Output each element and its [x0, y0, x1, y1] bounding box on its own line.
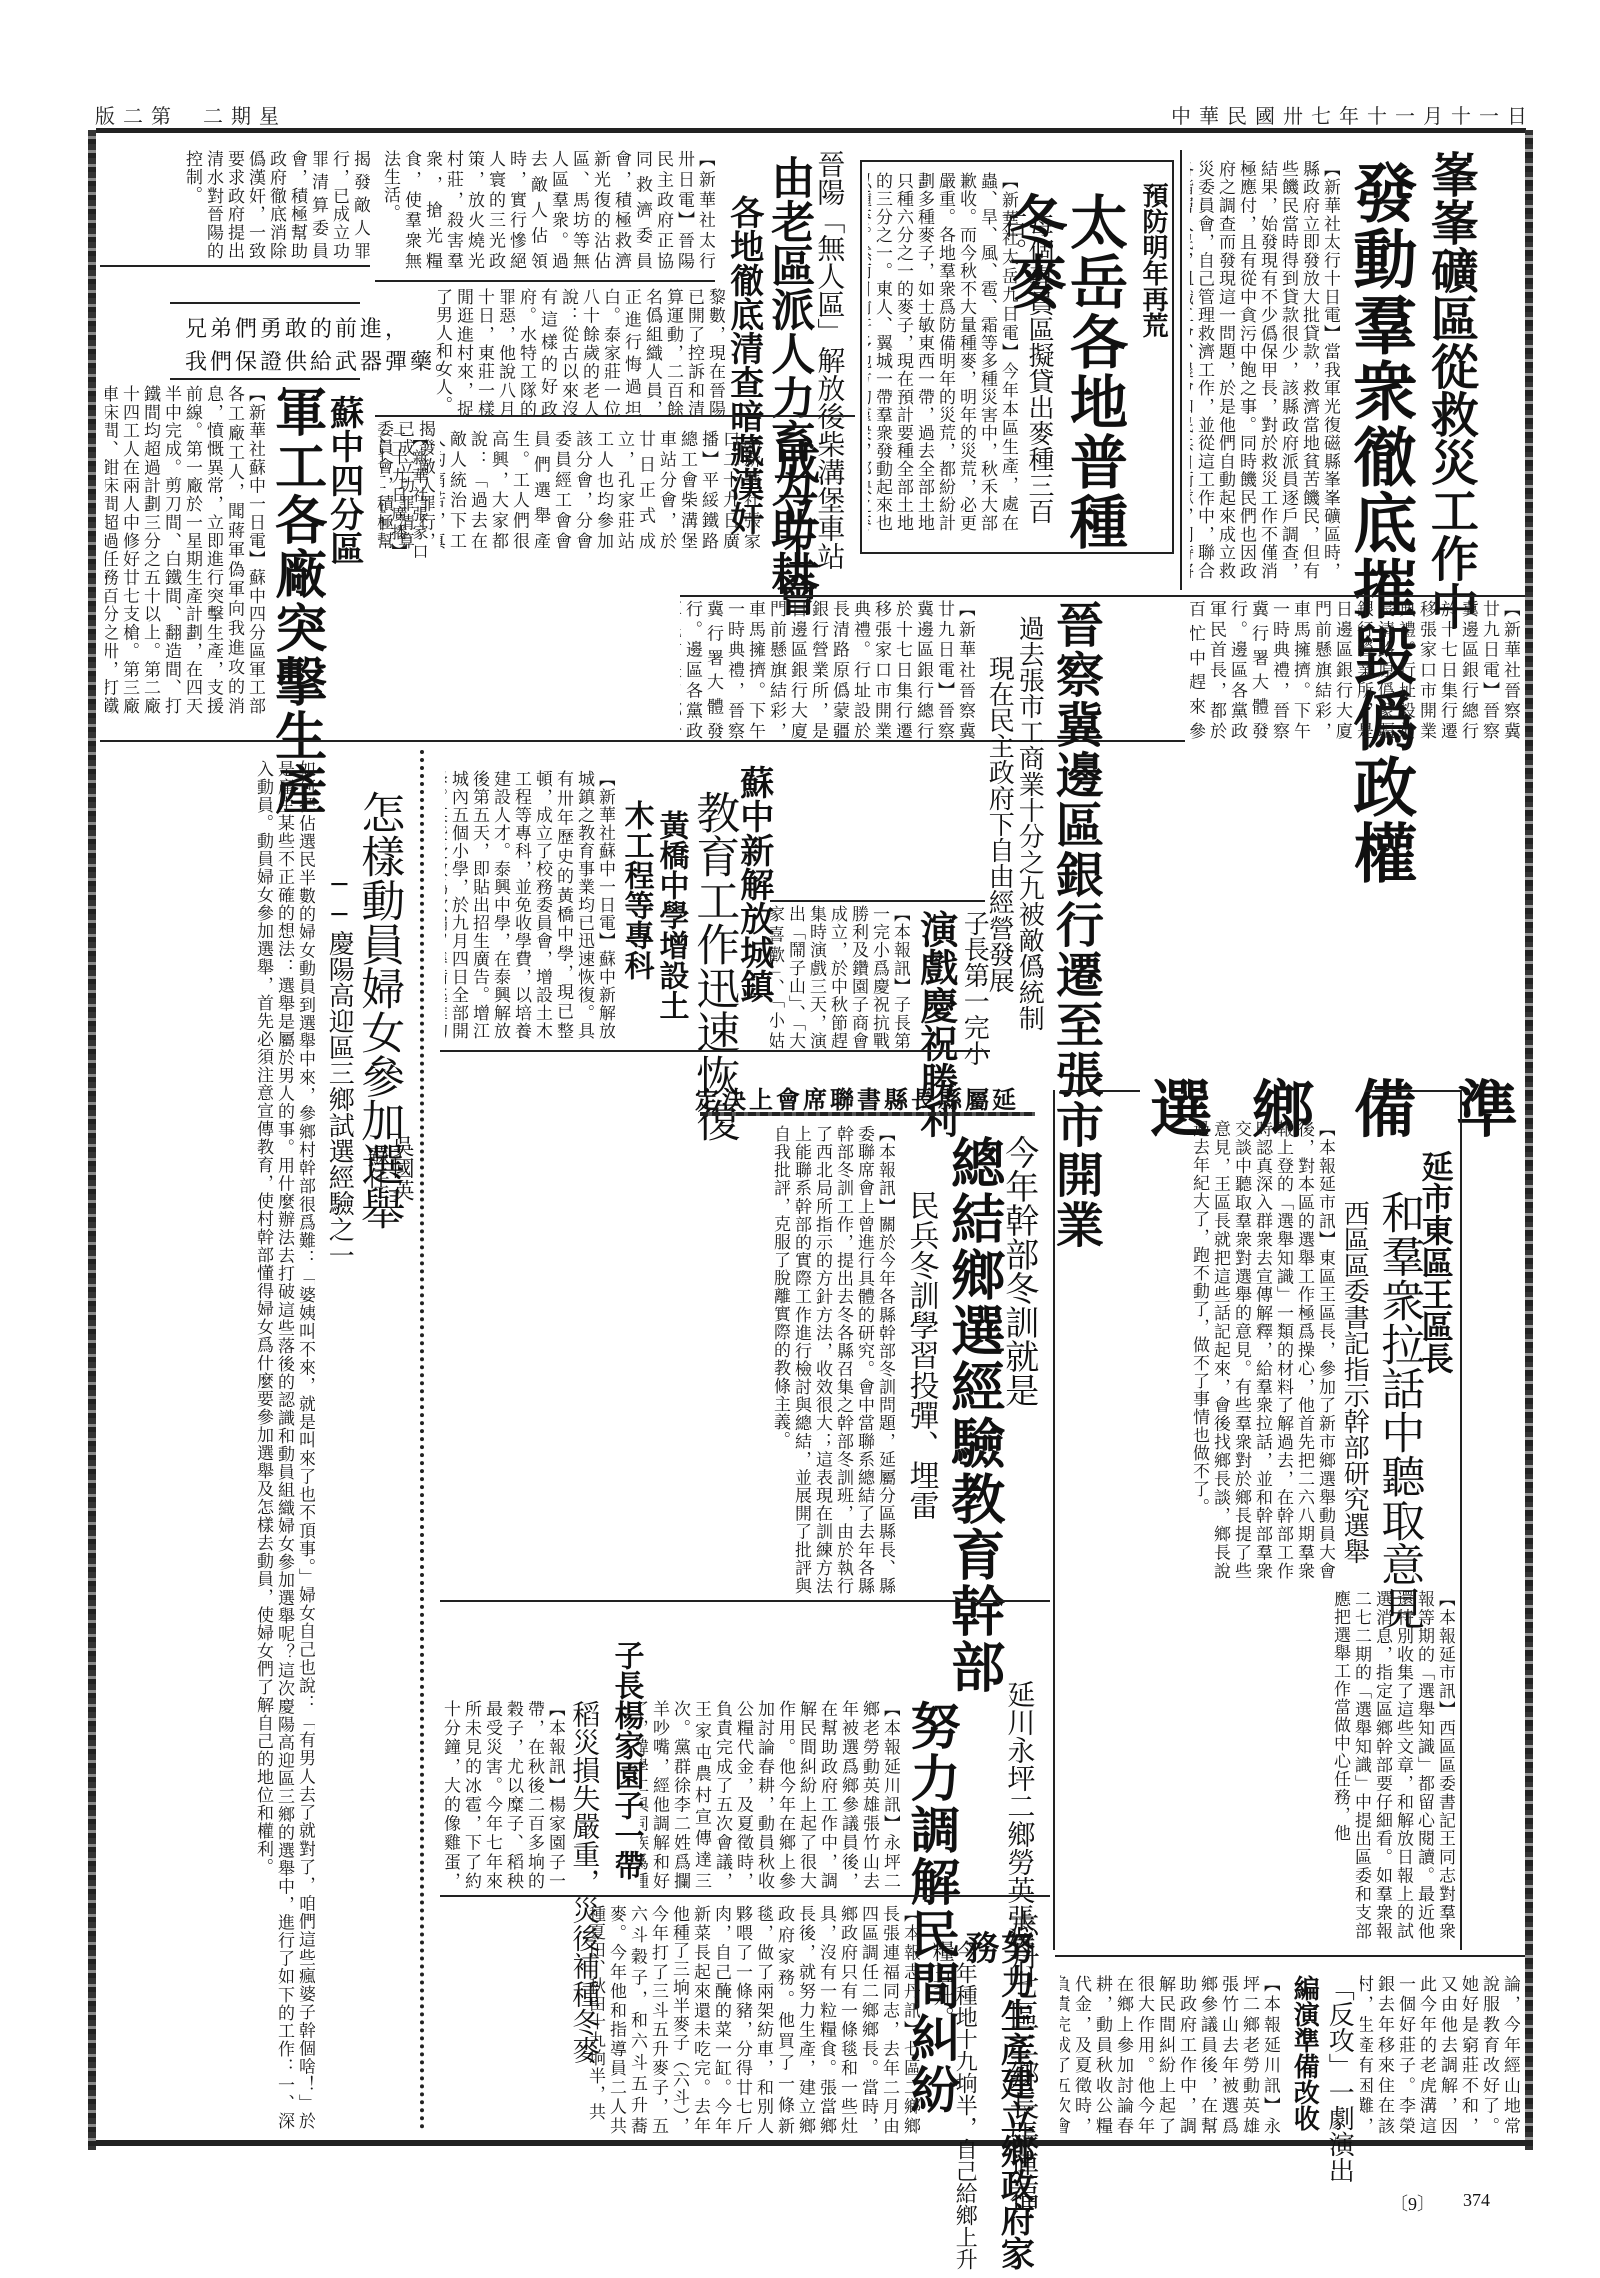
- article-headline: 編演準備改收: [1290, 1975, 1317, 2131]
- slogan-rule-top: [170, 302, 360, 304]
- issue-number: 〔9〕: [1390, 2190, 1435, 2216]
- article-body: 【本報延川訊】永坪二鄉老勞動英雄張竹山去年被選爲鄉參議員後，在幫助政府工作中，調…: [640, 1700, 900, 1890]
- divider: [1055, 1955, 1525, 1957]
- slogan-line-1: 兄弟們勇敢的前進，: [185, 312, 410, 343]
- article-body: 【本報訊】楊家園子一帶，在秋後二百多垧的穀子，尤以糜子、稻秧最受災害。今年七年來…: [440, 1700, 565, 1890]
- slogan-line-2: 我們保證供給武器彈藥。: [185, 345, 460, 376]
- article-subhead-1: 黃橋中學增設土: [655, 810, 687, 1020]
- masthead: 版二第 二期星 中華民國卅七年十一月十一日: [95, 96, 1535, 132]
- deck-underline: [700, 1112, 1035, 1116]
- article-kicker: 峯峯礦區從救災工作中: [1425, 150, 1475, 630]
- dotted-column-divider: [420, 750, 424, 2130]
- article-subhead: 民兵冬訓學習投彈、埋雷: [905, 1190, 937, 1520]
- article-headline: 軍工各廠突擊生產: [268, 385, 323, 817]
- article-body: 如何把佔選民半數的婦女動員到選舉中來，參鄉村幹部很爲難：「婆姨叫不來，就是叫來了…: [105, 760, 315, 2130]
- article-kicker: 「反攻」一劇演出: [1325, 1975, 1352, 2183]
- divider: [100, 265, 370, 267]
- article-body-top: 【新華社太行卅日電】晉陽民主政府正協同救濟委員會，積極救濟新光復的沾佔區、馬坊等…: [375, 150, 715, 270]
- article-body: 【新華社蘇中一日電】蘇中四分區軍工部各工廠工人，聞蔣軍偽軍向我進攻的消息，憤慨異…: [105, 385, 265, 715]
- article-kicker: 晉陽「無人區」解放後: [815, 150, 844, 430]
- article-body: 【新華社太行十日電】當我軍光復磁縣峯峯礦區時，縣政府立即發放大批貸款，救濟當地貧…: [1190, 160, 1340, 580]
- bottom-border: [96, 2140, 1526, 2146]
- divider: [440, 1050, 990, 1052]
- article-deck: 延屬縣長縣書聯席會上決定: [695, 1080, 1019, 1115]
- divider: [770, 900, 985, 902]
- article-body: 【本報延市訊】東區王區長，參加了新市鄉選舉動員大會後，對本區的選舉工作極爲操心，…: [1065, 1120, 1335, 1580]
- article-jinyang-continued: 揭發敵人罪行，已成立功罪清算委員會，積極幫助政府徹底消除僞漢奸，一致要求政府提出…: [100, 150, 370, 260]
- divider: [680, 595, 1185, 597]
- article-kicker: 子長楊家園子一帶: [610, 1640, 642, 1880]
- article-kicker: 蘇中四分區: [325, 395, 361, 565]
- article-headline: 發動羣衆徹底摧毀僞政權: [1345, 160, 1412, 886]
- article-subhead: ──慶陽高迎區三鄉試選經驗之一: [325, 870, 352, 1268]
- slogan-rule-bottom: [170, 378, 360, 380]
- article-headline: 總結鄉選經驗教育幹部: [945, 1135, 1002, 1695]
- top-border: [96, 128, 1526, 133]
- divider: [375, 415, 855, 417]
- divider: [375, 280, 715, 282]
- article-subhead-1: 過去張市工商業十分之九被敵僞統制: [1015, 615, 1042, 1031]
- article-body: 【本報訊】關於今年各縣幹部冬訓問題，延屬分區縣長、縣委聯席會上曾進行具體的研究。…: [440, 1125, 895, 1595]
- divider: [1185, 595, 1525, 597]
- article-kicker: 蘇中新解放城鎮: [735, 765, 771, 1003]
- article-body: 【新華社晉察冀廿九日電】晉察冀邊區銀行總行於十七日集行遷移張家口市開業典禮。行址…: [680, 600, 975, 740]
- article-body-continued: 【本報延川訊】永坪二鄉老勞動英雄張竹山去年被選爲鄉參議員後，在幫助政府工作中，調…: [1060, 1975, 1280, 2135]
- article-headline: 成立工會: [770, 440, 816, 616]
- weekday-label: 二期星: [203, 100, 287, 129]
- article-taiyue-winter-wheat: 預防明年再荒 太岳各地普種冬麥 每個專員區擬貸出麥種三百石。 【新華社太岳九日電…: [860, 160, 1174, 554]
- article-subhead-2: 現在民主政府下自由經營發展: [985, 655, 1012, 993]
- article-body: 【本報志丹訊】七區二鄉鄉長張連福同志，去年二月由四區調任二鄉鄉長。當時，鄉政府只…: [440, 1905, 920, 2135]
- article-subhead-2: 木工程等專科: [620, 800, 652, 980]
- article-subhead: 今年種地十九垧半，自己給鄉上升糧五升。: [930, 1940, 976, 2278]
- article-kicker: 柴溝堡車站: [815, 430, 844, 570]
- masthead-date: 中華民國卅七年十一月十一日: [1171, 100, 1535, 129]
- article-kicker: 預防明年再荒: [1139, 182, 1166, 338]
- box-rule-left: [1053, 1090, 1055, 1950]
- divider: [440, 1895, 1050, 1897]
- article-body: 【本報訊】子長第一完小爲慶祝抗戰勝利及鑽園子商會成立，於中秋節趕集時演戲三天，演…: [770, 905, 910, 1050]
- article-subhead: 西區區委書記指示幹部研究選舉: [1340, 1200, 1367, 1564]
- article-body: 【新華社太岳九日電】今年本區生產，處在蟲、旱、風、雹、霜等多種災害中，秋禾大部歉…: [868, 172, 1018, 532]
- article-headline: 和羣衆拉話中聽取意見: [1375, 1190, 1421, 1630]
- byline-author-2: 蘇任: [365, 1145, 388, 1189]
- article-body: 【新華社張家口二十九日廣播】平綏鐵路總工會柴溝堡車站分會，於廿日正式成立，孔家莊…: [440, 430, 760, 550]
- masthead-left: 版二第 二期星: [95, 100, 287, 129]
- article-zhangshi-women-continued: 【新華社晉察冀廿九日電】晉察冀邊區銀行總行於十七日集行遷移張家口市開業典禮。行址…: [1190, 600, 1520, 740]
- page-number: 374: [1463, 2190, 1490, 2216]
- article-body-2: 【本報延市訊】西區區委書記王同志對羣衆報等期的「選舉知識」都留心閱讀。最近他還特…: [1065, 1590, 1455, 1940]
- divider: [440, 1600, 1050, 1602]
- left-ornamental-border: [88, 130, 96, 2150]
- article-kicker: 子長第一完小: [960, 910, 987, 1066]
- article-body: 【新華社蘇中一日電】蘇中新解放城鎮之教育事業均已迅速恢復。具有卅年歷史的黃橋中學…: [445, 770, 615, 1040]
- box-rule-right: [1460, 1090, 1462, 1950]
- page-section-label: 版二第: [95, 100, 179, 129]
- article-dateline: 【新華社張家口二十九日廣播】本月二十五日: [380, 430, 430, 560]
- banner-rule-right: [1365, 1090, 1460, 1092]
- article-body: 論，今年經山地常說服教育改好了。她好是窮莊不和，又由他去調解，因此今年的老虎溝這…: [1360, 1975, 1520, 2135]
- column-divider: [1180, 150, 1182, 590]
- page-footer: 〔9〕 374: [1390, 2190, 1490, 2216]
- banner-rule-left: [1060, 1090, 1140, 1092]
- byline-author-1: 吳國英: [390, 1135, 413, 1201]
